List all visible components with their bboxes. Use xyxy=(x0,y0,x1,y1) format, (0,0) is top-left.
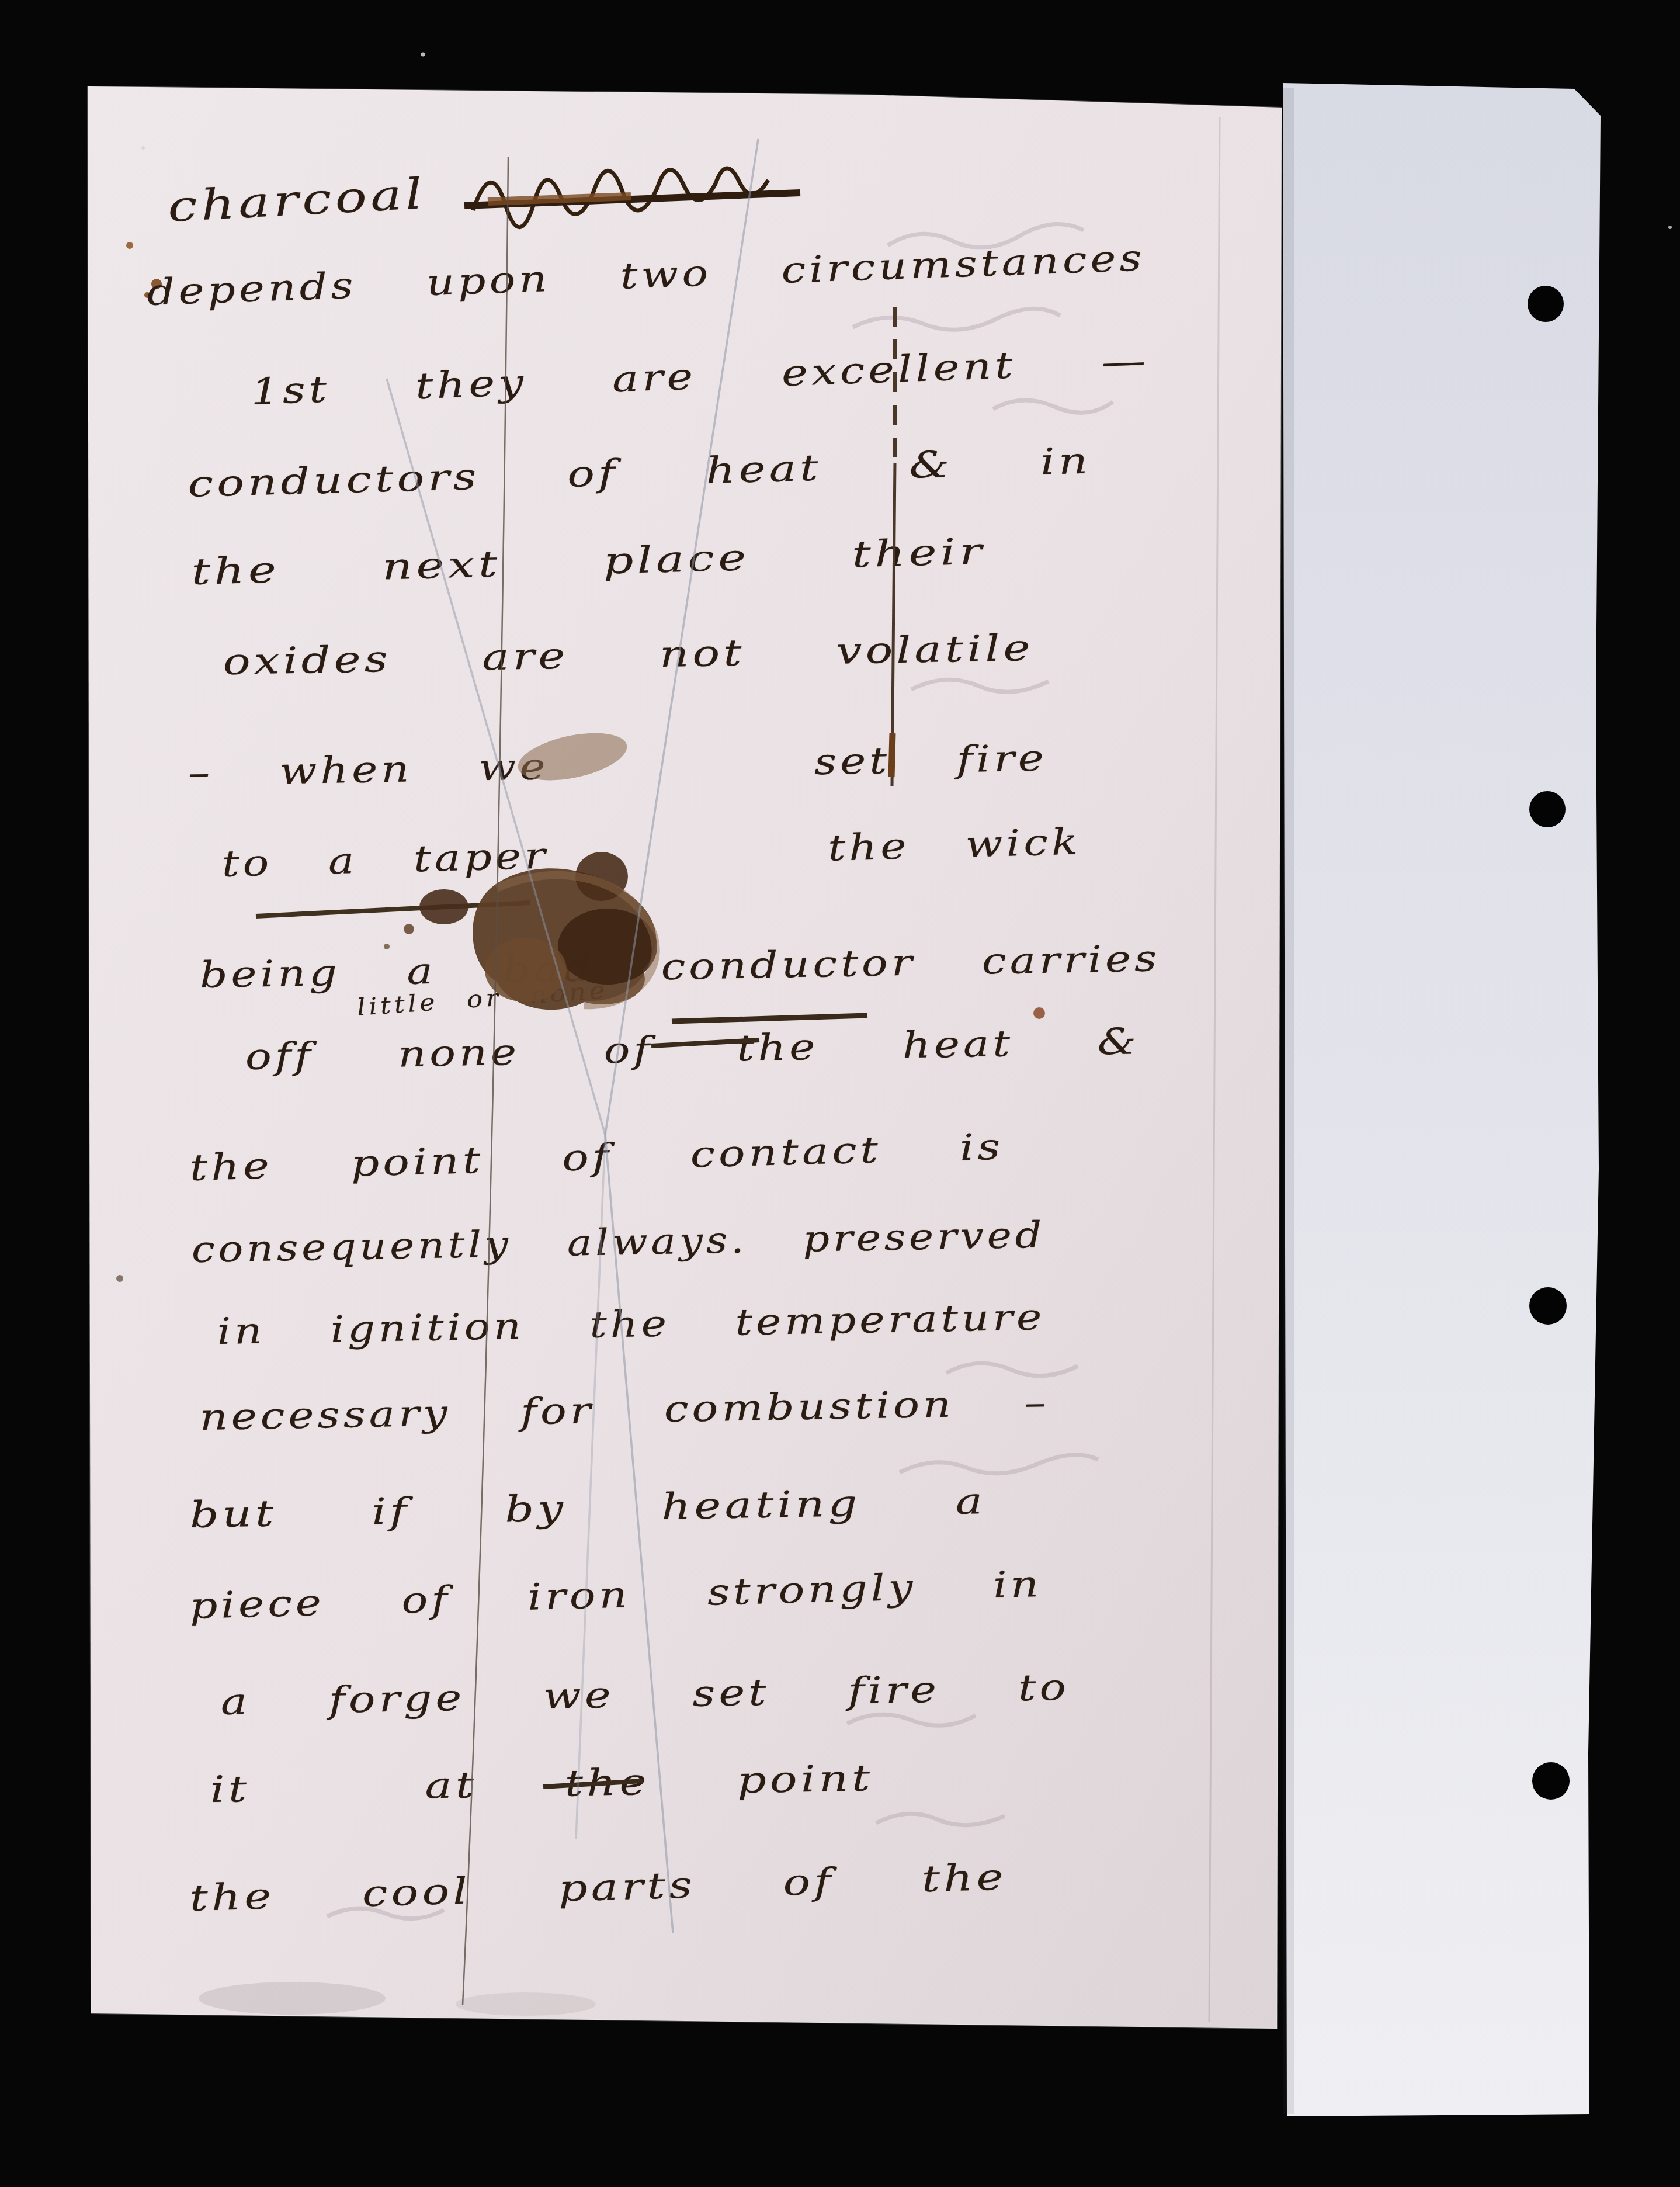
dust-speck xyxy=(421,53,425,57)
photograph: charcoaldepends upon two circumstances1s… xyxy=(0,0,1680,2187)
ink-blot xyxy=(384,852,657,1010)
pencil-cancellation-lines xyxy=(387,139,758,1933)
dashed-ink-line xyxy=(891,307,895,786)
dust-speck xyxy=(141,146,145,150)
dust-speck xyxy=(1668,226,1672,229)
ink-smudge xyxy=(514,725,631,789)
strike-line xyxy=(672,1015,867,1021)
strike-line xyxy=(651,1040,759,1046)
strike-line xyxy=(543,1781,643,1787)
hairline-mark xyxy=(463,157,508,2005)
photo-overlay-layer xyxy=(0,0,1680,2187)
